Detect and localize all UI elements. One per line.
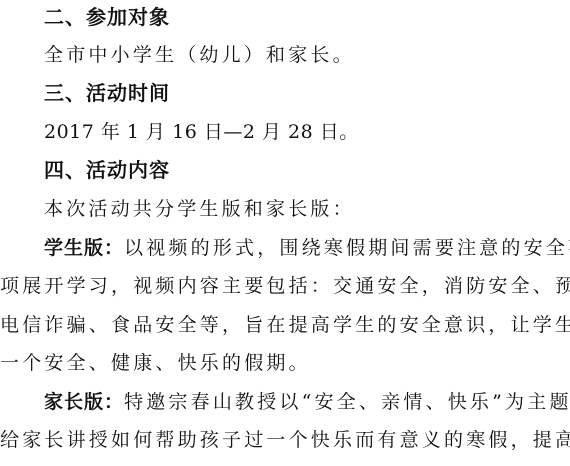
- parent-version-line-1: 家长版：特邀宗春山教授以“安全、亲情、快乐”为主题: [0, 383, 570, 421]
- student-version-line-1: 学生版：以视频的形式，围绕寒假期间需要注意的安全事: [0, 229, 570, 267]
- section-heading-content: 四、活动内容: [0, 151, 570, 189]
- student-version-line-2: 项展开学习，视频内容主要包括：交通安全，消防安全、预防: [0, 267, 570, 305]
- time-text: 2017 年 1 月 16 日—2 月 28 日。: [0, 113, 570, 151]
- parent-version-text-1: 特邀宗春山教授以“安全、亲情、快乐”为主题: [124, 391, 570, 413]
- student-version-line-4: 一个安全、健康、快乐的假期。: [0, 344, 570, 382]
- student-version-label: 学生版：: [44, 237, 124, 259]
- student-version-text-1: 以视频的形式，围绕寒假期间需要注意的安全事: [124, 237, 570, 259]
- student-version-line-3: 电信诈骗、食品安全等，旨在提高学生的安全意识，让学生过: [0, 306, 570, 344]
- parent-version-line-2: 给家长讲授如何帮助孩子过一个快乐而有意义的寒假，提高孩: [0, 421, 570, 459]
- content-intro: 本次活动共分学生版和家长版：: [0, 190, 570, 228]
- parent-version-label: 家长版：: [44, 391, 124, 413]
- section-heading-time: 三、活动时间: [0, 74, 570, 112]
- section-heading-participants: 二、参加对象: [0, 0, 570, 36]
- participants-text: 全市中小学生（幼儿）和家长。: [0, 36, 570, 74]
